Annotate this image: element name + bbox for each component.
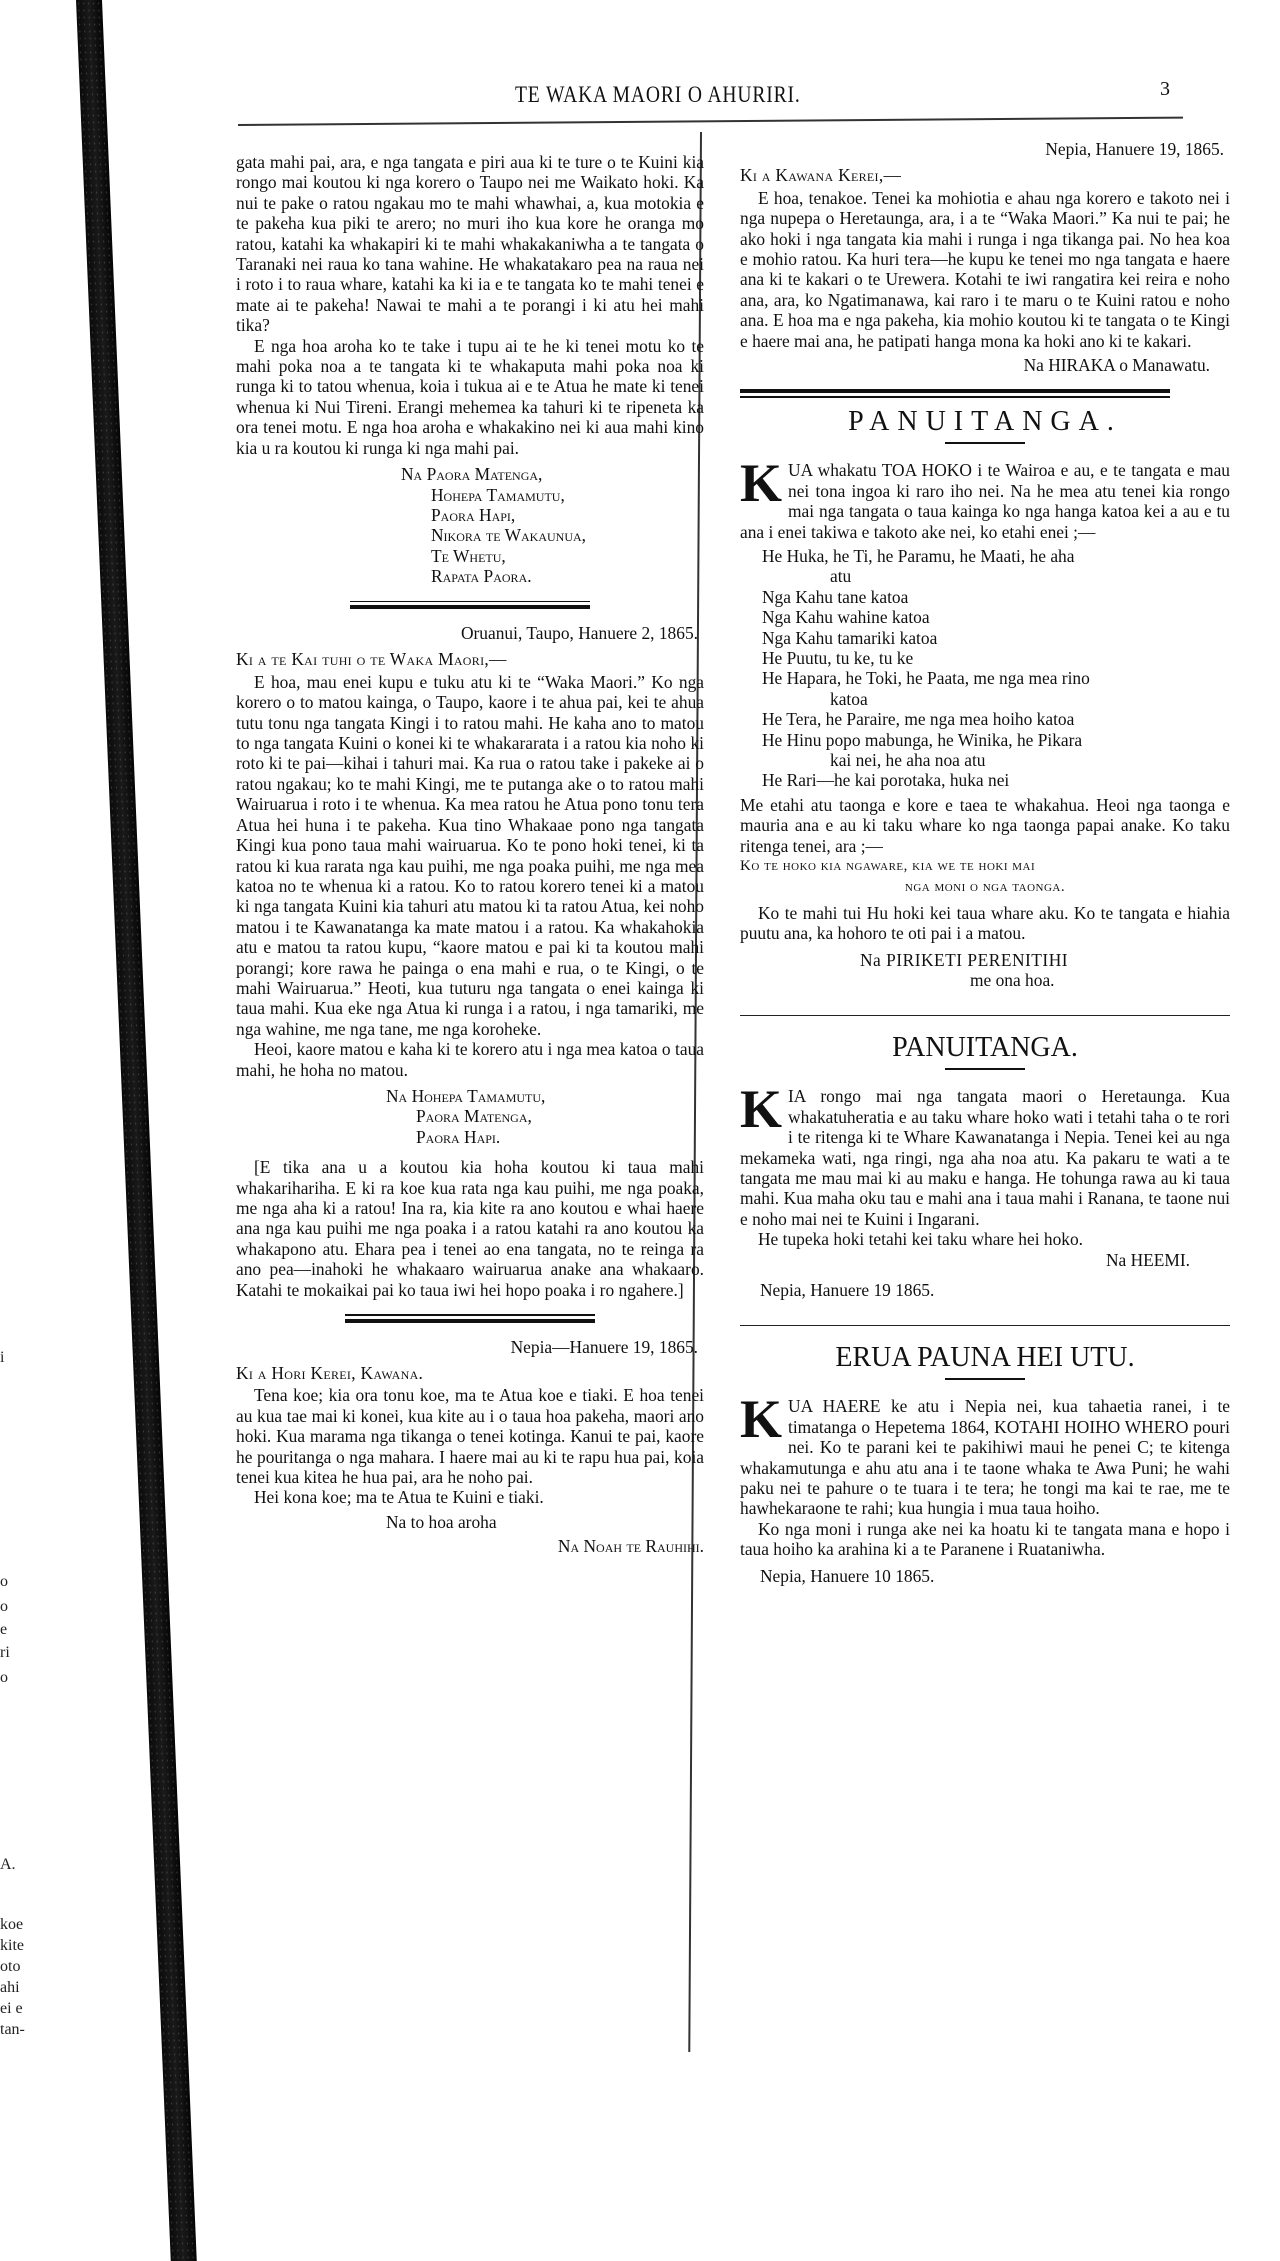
signature-line: Rapata Paora. — [401, 566, 704, 586]
letter-date: Nepia—Hanuere 19, 1865. — [236, 1337, 704, 1357]
letter-paragraph: E hoa, mau enei kupu e tuku atu ki te “W… — [236, 672, 704, 1039]
letter-date: Nepia, Hanuere 19, 1865. — [740, 139, 1230, 159]
previous-page-fragment: o — [0, 1597, 8, 1617]
signature-line: Paora Hapi, — [401, 505, 704, 525]
goods-list-item: He Hinu popo mabunga, he Winika, he Pika… — [740, 730, 1230, 771]
letter-continuation: gata mahi pai, ara, e nga tangata e piri… — [236, 152, 704, 336]
goods-list-item: He Hapara, he Toki, he Paata, me nga mea… — [740, 668, 1230, 709]
advert-body: KUA whakatu TOA HOKO i te Wairoa e au, e… — [740, 460, 1230, 542]
signature-block: Na Paora Matenga, Hohepa Tamamutu, Paora… — [401, 464, 704, 586]
previous-page-fragment: tan- — [0, 2020, 25, 2040]
advert-body: KIA rongo mai nga tangata maori o Hereta… — [740, 1086, 1230, 1229]
heading-rule — [945, 442, 1025, 444]
previous-page-fragment: ri — [0, 1643, 10, 1663]
advert-body: Me etahi atu taonga e kore e taea te wha… — [740, 795, 1230, 856]
signature-line: Na Paora Matenga, — [401, 464, 704, 484]
drop-cap: K — [740, 1088, 782, 1130]
advert-heading: PANUITANGA. — [740, 412, 1230, 432]
goods-list-item: He Tera, he Paraire, me nga mea hoiho ka… — [740, 709, 1230, 729]
advert-terms: Ko te hoko kia ngaware, kia we te hoki m… — [740, 856, 1230, 876]
drop-cap: K — [740, 1398, 782, 1440]
previous-page-fragment: koe — [0, 1915, 23, 1935]
section-divider — [740, 1325, 1230, 1327]
advert-signature: Na HEEMI. — [740, 1250, 1230, 1270]
goods-list-item: Nga Kahu wahine katoa — [740, 607, 1230, 627]
previous-page-fragment: o — [0, 1572, 8, 1592]
advert-body: KUA HAERE ke atu i Nepia nei, kua tahaet… — [740, 1396, 1230, 1518]
advert-body: He tupeka hoki tetahi kei taku whare hei… — [740, 1229, 1230, 1249]
letter-salutation: Ki a Kawana Kerei,— — [740, 165, 1230, 185]
signature-line: Paora Matenga, — [386, 1106, 704, 1126]
previous-page-fragment: e — [0, 1620, 7, 1640]
section-divider — [345, 1314, 595, 1323]
goods-list-item: Nga Kahu tane katoa — [740, 587, 1230, 607]
advert-heading: PANUITANGA. — [740, 1038, 1230, 1058]
advert-signature: Na PIRIKETI PERENITIHI — [740, 950, 1230, 970]
letter-signature: Na Noah te Rauhihi. — [236, 1536, 704, 1556]
signature-block: Na Hohepa Tamamutu, Paora Matenga, Paora… — [386, 1086, 704, 1147]
page-header: TE WAKA MAORI O AHURIRI. 3 — [230, 78, 1190, 118]
goods-list-item: Nga Kahu tamariki katoa — [740, 628, 1230, 648]
section-divider — [740, 389, 1170, 398]
goods-list: He Huka, he Ti, he Paramu, he Maati, he … — [740, 546, 1230, 791]
letter-signature: Na HIRAKA o Manawatu. — [740, 355, 1230, 375]
advert-body: Ko te mahi tui Hu hoki kei taua whare ak… — [740, 903, 1230, 944]
signature-line: Te Whetu, — [401, 546, 704, 566]
signature-line: Paora Hapi. — [386, 1127, 704, 1147]
letter-date: Oruanui, Taupo, Hanuere 2, 1865. — [236, 623, 704, 643]
goods-list-item: He Puutu, tu ke, tu ke — [740, 648, 1230, 668]
letter-paragraph: E hoa, tenakoe. Tenei ka mohiotia e ahau… — [740, 188, 1230, 351]
previous-page-fragment: oto — [0, 1957, 20, 1977]
advert-heading: ERUA PAUNA HEI UTU. — [740, 1348, 1230, 1368]
letter-paragraph: E nga hoa aroha ko te take i tupu ai te … — [236, 336, 704, 458]
previous-page-fragment: A. — [0, 1855, 16, 1875]
letter-salutation: Ki a te Kai tuhi o te Waka Maori,— — [236, 649, 704, 669]
previous-page-fragment: ei e — [0, 1999, 23, 2019]
letter-closing: Na to hoa aroha — [236, 1512, 704, 1532]
letter-paragraph: Heoi, kaore matou e kaha ki te korero at… — [236, 1039, 704, 1080]
goods-list-item: He Huka, he Ti, he Paramu, he Maati, he … — [740, 546, 1230, 587]
letter-salutation: Ki a Hori Kerei, Kawana. — [236, 1363, 704, 1383]
previous-page-fragment: i — [0, 1348, 4, 1368]
signature-line: Nikora te Wakaunua, — [401, 525, 704, 545]
advert-terms: nga moni o nga taonga. — [740, 877, 1230, 897]
newspaper-title: TE WAKA MAORI O AHURIRI. — [515, 82, 801, 108]
previous-page-fragment: ahi — [0, 1978, 20, 1998]
column-right: Nepia, Hanuere 19, 1865. Ki a Kawana Ker… — [740, 135, 1230, 1586]
goods-list-item: He Rari—he kai porotaka, huka nei — [740, 770, 1230, 790]
previous-page-fragment: kite — [0, 1936, 24, 1956]
signature-line: Hohepa Tamamutu, — [401, 485, 704, 505]
letter-paragraph: Tena koe; kia ora tonu koe, ma te Atua k… — [236, 1385, 704, 1487]
advert-date: Nepia, Hanuere 19 1865. — [740, 1280, 1230, 1300]
editor-note: [E tika ana u a koutou kia hoha koutou k… — [236, 1157, 704, 1300]
advert-date: Nepia, Hanuere 10 1865. — [740, 1566, 1230, 1586]
page-number: 3 — [1160, 78, 1170, 101]
previous-page-edge: iooerioA.koekiteotoahiei etan- — [0, 0, 40, 2261]
previous-page-fragment: o — [0, 1668, 8, 1688]
page-binding-gutter — [76, 0, 197, 2261]
column-left: gata mahi pai, ara, e nga tangata e piri… — [236, 152, 704, 1557]
section-divider — [740, 1015, 1230, 1017]
signature-line: Na Hohepa Tamamutu, — [386, 1086, 704, 1106]
advert-signature-sub: me ona hoa. — [740, 970, 1230, 990]
drop-cap: K — [740, 462, 782, 504]
heading-rule — [945, 1068, 1025, 1070]
section-divider — [350, 601, 590, 610]
heading-rule — [945, 1378, 1025, 1380]
advert-body: Ko nga moni i runga ake nei ka hoatu ki … — [740, 1519, 1230, 1560]
letter-paragraph: Hei kona koe; ma te Atua te Kuini e tiak… — [236, 1487, 704, 1507]
